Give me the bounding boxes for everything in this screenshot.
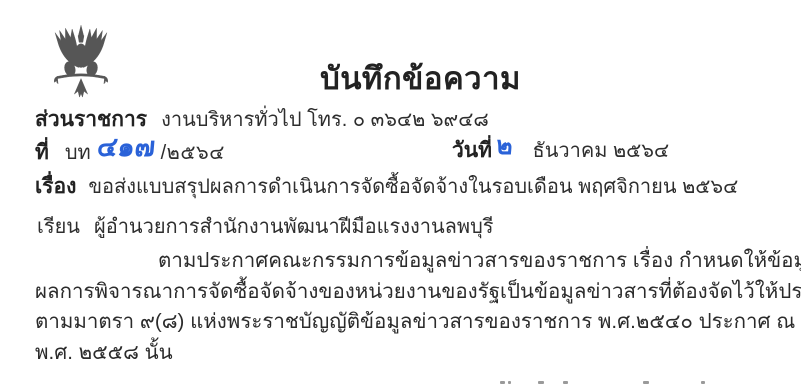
department-value: งานบริหารทั่วไป โทร. ๐ ๓๖๔๒ ๖๙๔๘: [161, 109, 489, 131]
number-prefix: บท: [65, 142, 91, 164]
garuda-emblem-icon: [44, 22, 118, 110]
body-line: ตามประกาศคณะกรรมการข้อมูลข่าวสารของราชกา…: [35, 246, 780, 277]
body-paragraph: ตามประกาศคณะกรรมการข้อมูลข่าวสารของราชกา…: [35, 246, 780, 368]
date-row: วันที่๒ธันวาคม ๒๕๖๔: [452, 137, 669, 165]
number-year-suffix: /๒๕๖๔: [161, 142, 225, 164]
body-line: พ.ศ. ๒๕๕๘ นั้น: [35, 338, 780, 369]
addressee-label: เรียน: [37, 216, 80, 238]
department-row: ส่วนราชการงานบริหารทั่วไป โทร. ๐ ๓๖๔๒ ๖๙…: [35, 106, 489, 134]
date-label: วันที่: [452, 139, 492, 162]
document-title: บันทึกข้อความ: [320, 53, 521, 103]
number-label: ที่: [35, 141, 49, 164]
body-line: ผลการพิจารณาการจัดซื้อจัดจ้างของหน่วยงาน…: [35, 277, 780, 308]
date-value: ธันวาคม ๒๕๖๔: [532, 140, 669, 162]
body-line: ตามมาตรา ๙(๘) แห่งพระราชบัญญัติข้อมูลข่า…: [35, 307, 780, 338]
addressee-value: ผู้อำนวยการสำนักงานพัฒนาฝีมือแรงงานลพบุร…: [94, 216, 494, 238]
cropped-line-remnant-marks: [0, 381, 801, 385]
document-number-row: ที่บท๔๑๗/๒๕๖๔: [35, 139, 225, 167]
department-label: ส่วนราชการ: [35, 108, 147, 131]
memo-document-page: บันทึกข้อความ ส่วนราชการงานบริหารทั่วไป …: [0, 0, 801, 385]
date-handwritten-ink: ๒: [495, 136, 513, 156]
addressee-row: เรียนผู้อำนวยการสำนักงานพัฒนาฝีมือแรงงาน…: [37, 213, 494, 241]
subject-label: เรื่อง: [35, 175, 76, 198]
subject-row: เรื่องขอส่งแบบสรุปผลการดำเนินการจัดซื้อจ…: [35, 173, 738, 201]
number-handwritten-ink: ๔๑๗: [96, 137, 156, 157]
subject-value: ขอส่งแบบสรุปผลการดำเนินการจัดซื้อจัดจ้าง…: [88, 176, 738, 198]
